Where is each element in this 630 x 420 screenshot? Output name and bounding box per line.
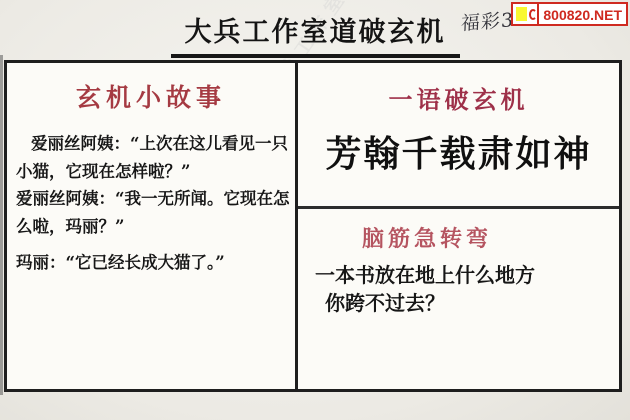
story-line: 爱丽丝阿姨：“上次在这儿看见一只 <box>16 130 291 158</box>
riddle-section: 脑筋急转弯 一本书放在地上什么地方 你跨不过去？ <box>298 209 619 389</box>
logo-icon-cell <box>511 2 539 26</box>
story-line: 么啦，玛丽？” <box>16 213 291 241</box>
story-line: 爱丽丝阿姨：“我一无所闻。它现在怎 <box>16 185 291 213</box>
scanned-lottery-sheet: 大兵工作室 大兵工作室 大兵工作室 大兵工作室 大兵工作室 大兵工作室 大兵工作… <box>0 0 630 420</box>
riddle-text: 一本书放在地上什么地方 你跨不过去？ <box>315 261 619 317</box>
riddle-line: 你跨不过去？ <box>315 289 619 317</box>
main-box: 玄机小故事 爱丽丝阿姨：“上次在这儿看见一只 小猫，它现在怎样啦？” 爱丽丝阿姨… <box>4 60 622 392</box>
page-title: 大兵工作室道破玄机 <box>171 8 460 58</box>
right-panel: 一语破玄机 芳翰千载肃如神 脑筋急转弯 一本书放在地上什么地方 你跨不过去？ <box>295 63 619 389</box>
yellow-square-icon <box>516 7 527 21</box>
hint-section: 一语破玄机 芳翰千载肃如神 <box>298 63 619 209</box>
story-header: 玄机小故事 <box>7 78 295 114</box>
hint-header: 一语破玄机 <box>298 80 619 115</box>
story-text: 爱丽丝阿姨：“上次在这儿看见一只 小猫，它现在怎样啦？” 爱丽丝阿姨：“我一无所… <box>7 130 295 277</box>
partial-c-icon <box>529 9 537 20</box>
logo-text: 800820.NET <box>537 2 628 26</box>
corner-label: 福彩3 <box>461 5 515 36</box>
header: 大兵工作室道破玄机 <box>130 8 500 58</box>
story-line: 玛丽：“它已经长成大猫了。” <box>16 249 291 277</box>
riddle-line: 一本书放在地上什么地方 <box>315 261 619 289</box>
riddle-header: 脑筋急转弯 <box>362 222 619 253</box>
scan-shadow-edge <box>0 55 3 395</box>
hint-phrase: 芳翰千载肃如神 <box>298 126 619 177</box>
site-logo: 800820.NET <box>511 2 628 26</box>
story-panel: 玄机小故事 爱丽丝阿姨：“上次在这儿看见一只 小猫，它现在怎样啦？” 爱丽丝阿姨… <box>7 63 295 389</box>
story-line: 小猫，它现在怎样啦？” <box>16 158 291 186</box>
